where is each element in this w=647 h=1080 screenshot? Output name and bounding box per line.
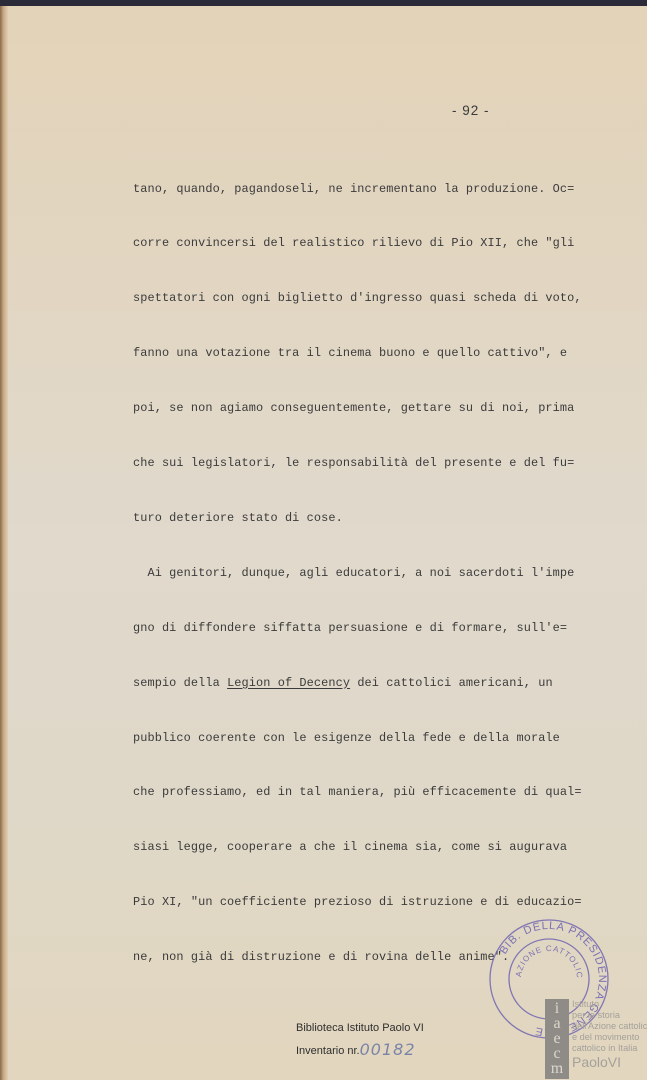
text-line: turo deteriore stato di cose. xyxy=(133,509,573,527)
inventory-number: 00182 xyxy=(360,1040,416,1059)
text-line-with-underline: sempio della Legion of Decency dei catto… xyxy=(133,674,573,692)
library-name: Biblioteca Istituto Paolo VI xyxy=(296,1022,424,1039)
inventory-label: Inventario nr. xyxy=(296,1045,360,1057)
text-line: che professiamo, ed in tal maniera, più … xyxy=(133,783,573,801)
text-segment: sempio della xyxy=(133,676,227,690)
document-page: - 92 - tano, quando, pagandoseli, ne inc… xyxy=(0,6,647,1080)
text-line: tano, quando, pagandoseli, ne incrementa… xyxy=(133,180,573,198)
inventory-line: Inventario nr.00182 xyxy=(296,1039,424,1056)
library-footer: Biblioteca Istituto Paolo VI Inventario … xyxy=(296,1022,424,1056)
body-text: tano, quando, pagandoseli, ne incrementa… xyxy=(133,143,573,1003)
text-line: pubblico coerente con le esigenze della … xyxy=(133,729,573,747)
text-line: siasi legge, cooperare a che il cinema s… xyxy=(133,838,573,856)
page-number: - 92 - xyxy=(452,103,490,118)
text-line: Pio XI, "un coefficiente prezioso di ist… xyxy=(133,893,573,911)
text-segment: dei cattolici americani, un xyxy=(350,676,553,690)
text-line: spettatori con ogni biglietto d'ingresso… xyxy=(133,289,573,307)
logo-mark-icon: iaecm xyxy=(545,999,569,1079)
logo-text: Istituto per la storia dell'Azione catto… xyxy=(572,999,647,1070)
text-line: corre convincersi del realistico rilievo… xyxy=(133,234,573,252)
text-line: Ai genitori, dunque, agli educatori, a n… xyxy=(133,564,573,582)
text-line: che sui legislatori, le responsabilità d… xyxy=(133,454,573,472)
text-line: gno di diffondere siffatta persuasione e… xyxy=(133,619,573,637)
text-line: fanno una votazione tra il cinema buono … xyxy=(133,344,573,362)
underlined-phrase: Legion of Decency xyxy=(227,676,350,690)
isacem-logo: iaecm Istituto per la storia dell'Azione… xyxy=(545,999,645,1079)
text-line: poi, se non agiamo conseguentemente, get… xyxy=(133,399,573,417)
